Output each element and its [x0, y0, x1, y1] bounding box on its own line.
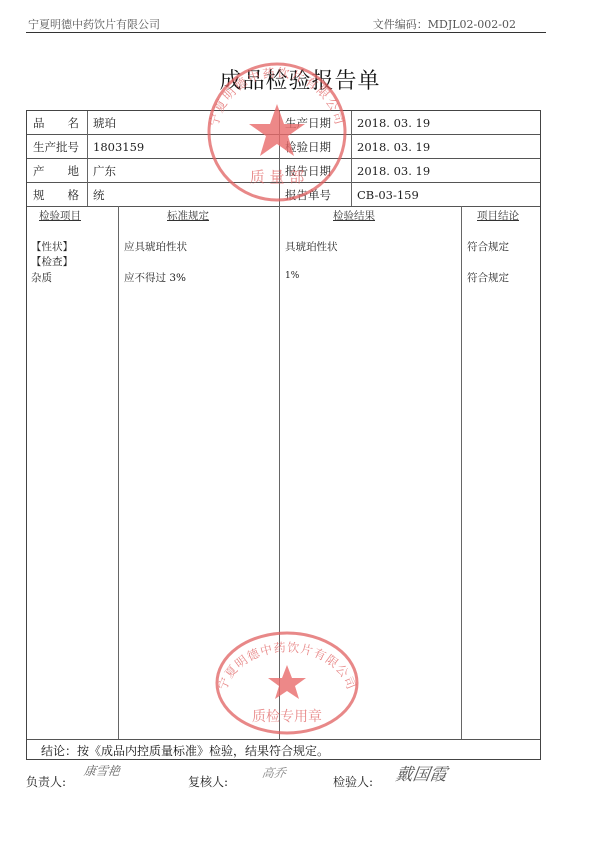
label-product-name: 品 名 — [33, 111, 81, 135]
colhead-result: 检验结果 — [333, 208, 375, 223]
result-impurity: 1% — [285, 271, 299, 281]
value-origin: 广东 — [93, 159, 116, 183]
result-appearance: 具琥珀性状 — [285, 239, 338, 254]
item-appearance: 【性状】 — [31, 239, 73, 254]
value-product-name: 琥珀 — [93, 111, 116, 135]
header-rule — [26, 32, 546, 33]
page-title: 成品检验报告单 — [0, 64, 600, 95]
col-divider — [279, 206, 280, 739]
col-divider — [87, 111, 88, 206]
standard-appearance: 应具琥珀性状 — [124, 239, 187, 254]
page-header: 宁夏明德中药饮片有限公司 文件编码：MDJL02-002-02 — [26, 0, 546, 30]
col-divider — [279, 111, 280, 206]
reviewer-signature: 高乔 — [261, 764, 287, 781]
colhead-standard: 标准规定 — [167, 208, 209, 223]
header-doc-code: 文件编码：MDJL02-002-02 — [373, 19, 516, 30]
col-divider — [351, 111, 352, 206]
value-report-date: 2018. 03. 19 — [357, 159, 430, 183]
label-batch-no: 生产批号 — [33, 135, 79, 159]
label-spec: 规 格 — [33, 183, 79, 207]
label-report-no: 报告单号 — [285, 183, 331, 207]
report-table: 品 名 琥珀 生产日期 2018. 03. 19 生产批号 1803159 检验… — [26, 110, 541, 760]
value-spec: 统 — [93, 183, 105, 207]
responsible-label: 负责人: — [26, 773, 66, 790]
conclusion-appearance: 符合规定 — [467, 239, 509, 254]
header-company: 宁夏明德中药饮片有限公司 — [28, 19, 160, 30]
colhead-item: 检验项目 — [39, 208, 81, 223]
label-origin: 产 地 — [33, 159, 79, 183]
responsible-signature: 康雪艳 — [83, 762, 121, 779]
value-production-date: 2018. 03. 19 — [357, 111, 430, 135]
row-divider — [27, 739, 540, 740]
value-report-no: CB-03-159 — [357, 183, 419, 207]
standard-impurity: 应不得过 3% — [124, 270, 186, 285]
inspector-signature: 戴国霞 — [394, 760, 449, 785]
item-check: 【检查】 — [31, 254, 73, 269]
reviewer-label: 复核人: — [188, 773, 228, 790]
item-impurity: 杂质 — [31, 270, 52, 285]
value-batch-no: 1803159 — [93, 135, 144, 159]
col-divider — [118, 206, 119, 739]
value-inspection-date: 2018. 03. 19 — [357, 135, 430, 159]
label-production-date: 生产日期 — [285, 111, 331, 135]
label-inspection-date: 检验日期 — [285, 135, 331, 159]
col-divider — [461, 206, 462, 739]
overall-conclusion: 结论：按《成品内控质量标准》检验，结果符合规定。 — [41, 742, 329, 759]
inspector-label: 检验人: — [333, 773, 373, 790]
colhead-conclusion: 项目结论 — [477, 208, 519, 223]
conclusion-impurity: 符合规定 — [467, 270, 509, 285]
label-report-date: 报告日期 — [285, 159, 331, 183]
